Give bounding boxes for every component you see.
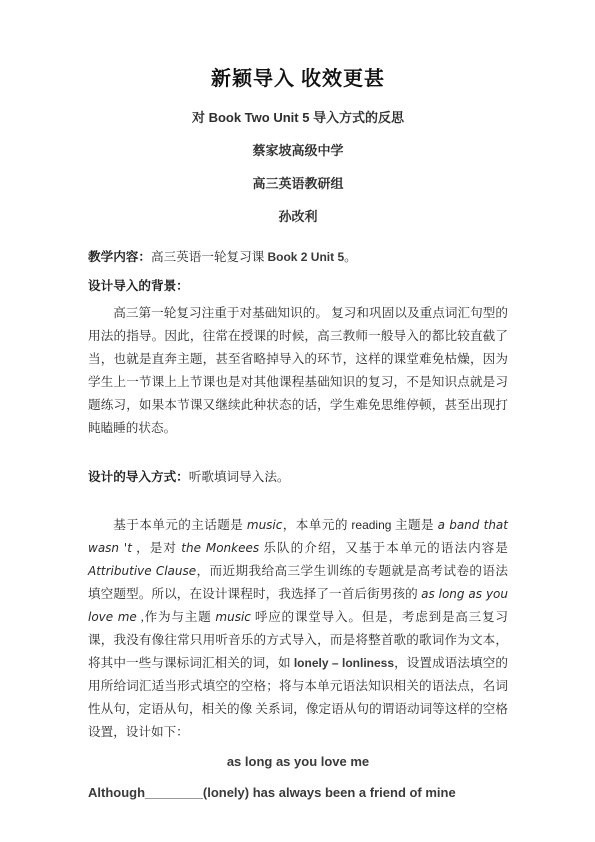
text-segment-bold: lonely – lonliness (294, 656, 394, 670)
teaching-group: 高三英语教研组 (88, 175, 508, 193)
text-segment: 高三英语一轮复习课 (151, 250, 268, 264)
text-segment: 主题是 (391, 518, 437, 532)
method-label: 设计的导入方式： (88, 470, 189, 484)
teaching-content-course: Book 2 Unit 5 (267, 250, 344, 264)
method-line: 设计的导入方式：听歌填词导入法。 (88, 468, 508, 486)
teaching-content-line: 教学内容：高三英语一轮复习课 Book 2 Unit 5。 (88, 248, 508, 266)
background-paragraph: 高三第一轮复习注重于对基础知识的。 复习和巩固以及重点词汇句型的用法的指导。因此… (88, 302, 508, 440)
document-page: 新颖导入 收效更甚 对 Book Two Unit 5 导入方式的反思 蔡家坡高… (0, 0, 595, 842)
text-segment-italic: the Monkees (181, 541, 259, 555)
text-segment-italic: music (247, 518, 282, 532)
method-text: 听歌填词导入法。 (189, 470, 290, 484)
text-segment: 。 (344, 250, 357, 264)
author-name: 孙改利 (88, 208, 508, 226)
text-segment: ，本单元的 (282, 518, 351, 532)
document-title: 新颖导入 收效更甚 (88, 64, 508, 94)
document-subtitle: 对 Book Two Unit 5 导入方式的反思 (88, 109, 508, 127)
text-segment-italic: music (215, 610, 250, 624)
design-paragraph: 基于本单元的主话题是 music，本单元的 reading 主题是 a band… (88, 514, 508, 744)
text-segment: 基于本单元的主话题是 (113, 518, 247, 532)
song-title: as long as you love me (88, 752, 508, 772)
text-segment-italic: Attributive Clause (88, 564, 196, 578)
text-segment-english: reading (351, 518, 391, 532)
school-name: 蔡家坡高级中学 (88, 142, 508, 160)
lyric-fill-blank-line: Although________(lonely) has always been… (88, 783, 508, 803)
text-segment: 乐队的介绍，又基于本单元的语法内容是 (259, 541, 508, 555)
background-heading: 设计导入的背景： (88, 277, 508, 295)
teaching-content-label: 教学内容： (88, 250, 151, 264)
text-segment: ,作为与主题 (137, 610, 216, 624)
text-segment: ，是对 (132, 541, 181, 555)
background-label: 设计导入的背景： (88, 279, 189, 293)
